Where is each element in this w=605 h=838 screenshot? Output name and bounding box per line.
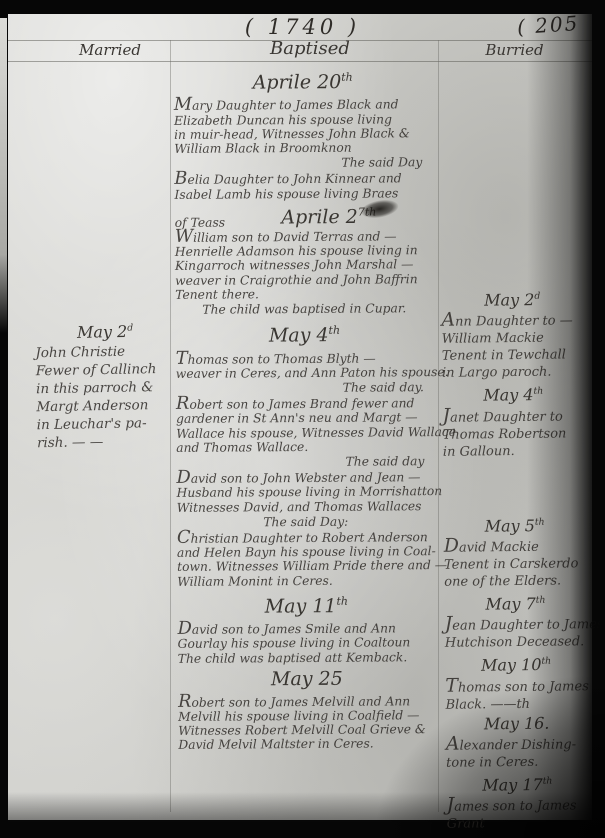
- corner-shadow: [365, 668, 605, 838]
- year-heading: ( 1740 ): [0, 15, 605, 39]
- date-heading: May 11th: [177, 587, 435, 622]
- ink-blot: [359, 197, 399, 221]
- register-line: Gourlay his spouse living in Coaltoun: [178, 636, 436, 652]
- register-line: Wallace his spouse, Witnesses David Wall…: [176, 425, 434, 441]
- register-line: weaver in Ceres, and Ann Paton his spous…: [176, 365, 434, 381]
- register-line: David son to James Smile and Ann: [177, 620, 435, 637]
- register-line: The said day.: [176, 379, 434, 397]
- register-line: The said day: [176, 453, 434, 471]
- register-line: Mary Daughter to James Black and: [174, 96, 432, 113]
- register-line: Kingarroch witnesses John Marshal —: [175, 258, 433, 274]
- column-header-married: Married: [45, 41, 175, 59]
- register-line: Belia Daughter to John Kinnear and: [174, 170, 432, 187]
- register-line: William son to David Terras and —: [175, 228, 433, 245]
- date-heading: May 2d: [35, 317, 175, 345]
- register-line: Robert son to James Brand fewer and: [176, 395, 434, 412]
- register-line: Thomas son to Thomas Blyth —: [176, 350, 434, 367]
- register-line: Witnesses David, and Thomas Wallaces: [177, 499, 435, 515]
- register-line: town. Witnesses William Pride there and …: [177, 559, 435, 575]
- register-line: gardener in St Ann's neu and Margt —: [176, 411, 434, 427]
- date-heading: Aprile 27th: [225, 200, 433, 230]
- register-page-photo: ( 1740 ) ( 205 Married Baptised Burried …: [0, 0, 605, 838]
- married-column: May 2dJohn ChristieFewer of Callinchin t…: [35, 317, 177, 453]
- register-line: The said Day: [174, 154, 432, 172]
- register-line: Christian Daughter to Robert Anderson: [177, 529, 435, 546]
- header-rule-bottom: [8, 61, 592, 62]
- previous-page-edge: [0, 18, 7, 333]
- column-header-baptised: Baptised: [240, 38, 380, 59]
- register-line: Husband his spouse living in Morrishatto…: [177, 485, 435, 501]
- date-heading: Aprile 20th: [174, 63, 432, 98]
- date-heading: May 4th: [175, 316, 433, 351]
- register-line: rish. — —: [37, 432, 177, 452]
- register-line: The child was baptised att Kemback.: [178, 650, 436, 666]
- register-line: in muir-head, Witnesses John Black &: [174, 126, 432, 142]
- register-line: Fewer of Callinch: [36, 360, 176, 380]
- register-line: of TeassAprile 27th: [175, 200, 433, 230]
- baptised-column: Aprile 20thMary Daughter to James Black …: [174, 63, 437, 752]
- register-line: The said Day:: [177, 513, 435, 531]
- register-line: weaver in Craigrothie and John Baffrin: [175, 272, 433, 288]
- register-line: The child was baptised in Cupar.: [175, 300, 433, 318]
- register-line: David son to John Webster and Jean —: [176, 469, 434, 486]
